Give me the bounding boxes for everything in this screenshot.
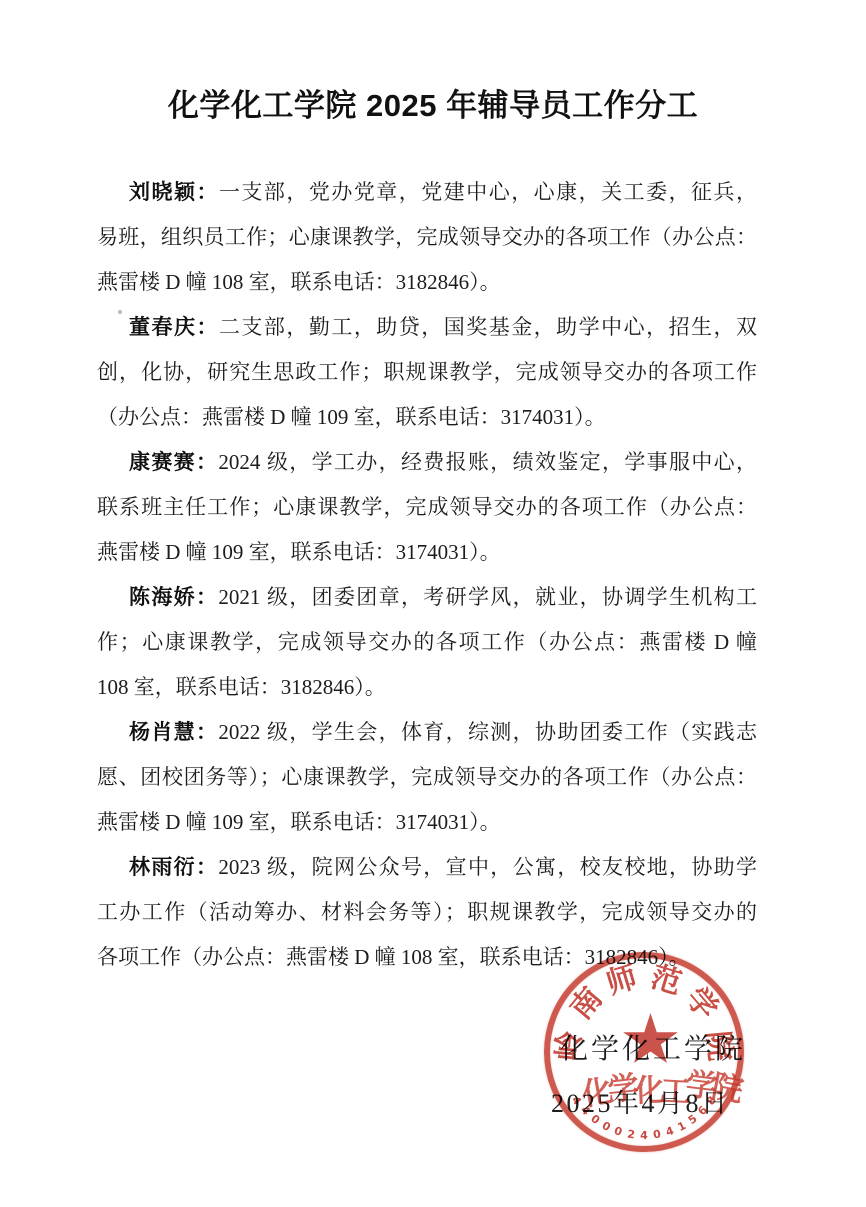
paragraph-line: 联系班主任工作；心康课教学，完成领导交办的各项工作（办公点： [97,485,757,530]
counselor-name: 康赛赛： [129,450,218,474]
paragraph-line: 董春庆：二支部，勤工，助贷，国奖基金，助学中心，招生，双 [97,305,757,350]
counselor-name: 刘晓颖： [129,180,219,204]
document-body: 刘晓颖：一支部，党办党章，党建中心，心康，关工委，征兵，易班，组织员工作；心康课… [97,170,757,980]
paragraph-line: 陈海娇：2021 级，团委团章，考研学风，就业，协调学生机构工 [97,575,757,620]
seal-ring-text-char: 学 [678,982,723,1027]
paragraph-line: 创，化协，研究生思政工作；职规课教学，完成领导交办的各项工作 [97,350,757,395]
seal-serial-digit: 0 [598,1118,613,1135]
paragraph-line: 燕雷楼 D 幢 109 室，联系电话：3174031）。 [97,800,757,845]
paragraph-line: 作；心康课教学，完成领导交办的各项工作（办公点：燕雷楼 D 幢 [97,620,757,665]
counselor-name: 杨肖慧： [129,720,218,744]
signature-department: 化学化工学院 [560,1027,746,1067]
signature-date: 2025年4月8日 [551,1083,730,1120]
paragraph-line: 燕雷楼 D 幢 109 室，联系电话：3174031）。 [97,530,757,575]
counselor-name: 陈海娇： [129,585,218,609]
seal-serial-digit: 1 [674,1118,689,1135]
paragraph-line: 各项工作（办公点：燕雷楼 D 幢 108 室，联系电话：3182846）。 [97,935,757,980]
scan-speckle [497,590,500,593]
paragraph-line: 燕雷楼 D 幢 108 室，联系电话：3182846）。 [97,260,757,305]
paragraph-line: 刘晓颖：一支部，党办党章，党建中心，心康，关工委，征兵， [97,170,757,215]
paragraph-line: 杨肖慧：2022 级，学生会，体育，综测，协助团委工作（实践志 [97,710,757,755]
paragraph-line: 工办工作（活动筹办、材料会务等）；职规课教学，完成领导交办的 [97,890,757,935]
paragraph-line: 康赛赛：2024 级，学工办，经费报账，绩效鉴定，学事服中心， [97,440,757,485]
paragraph-line: 易班，组织员工作；心康课教学，完成领导交办的各项工作（办公点： [97,215,757,260]
scanned-document-page: 化学化工学院 2025 年辅导员工作分工 刘晓颖：一支部，党办党章，党建中心，心… [0,0,866,1207]
counselor-name: 林雨衍： [129,855,218,879]
seal-serial-digit: 0 [611,1124,625,1140]
seal-serial-digit: 4 [663,1124,677,1140]
seal-serial-digit: 4 [639,1129,649,1143]
seal-ring-text-char: 南 [565,982,610,1027]
paragraph-line: 愿、团校团务等）；心康课教学，完成领导交办的各项工作（办公点： [97,755,757,800]
paragraph-line: 林雨衍：2023 级，院网公众号，宣中，公寓，校友校地，协助学 [97,845,757,890]
paragraph-line: 108 室，联系电话：3182846）。 [97,665,757,710]
paragraph-line: （办公点：燕雷楼 D 幢 109 室，联系电话：3174031）。 [97,395,757,440]
seal-serial-digit: 0 [651,1127,663,1142]
document-title: 化学化工学院 2025 年辅导员工作分工 [0,80,866,125]
scan-speckle [118,310,122,314]
counselor-name: 董春庆： [129,315,219,339]
seal-serial-digit: 2 [625,1127,637,1142]
